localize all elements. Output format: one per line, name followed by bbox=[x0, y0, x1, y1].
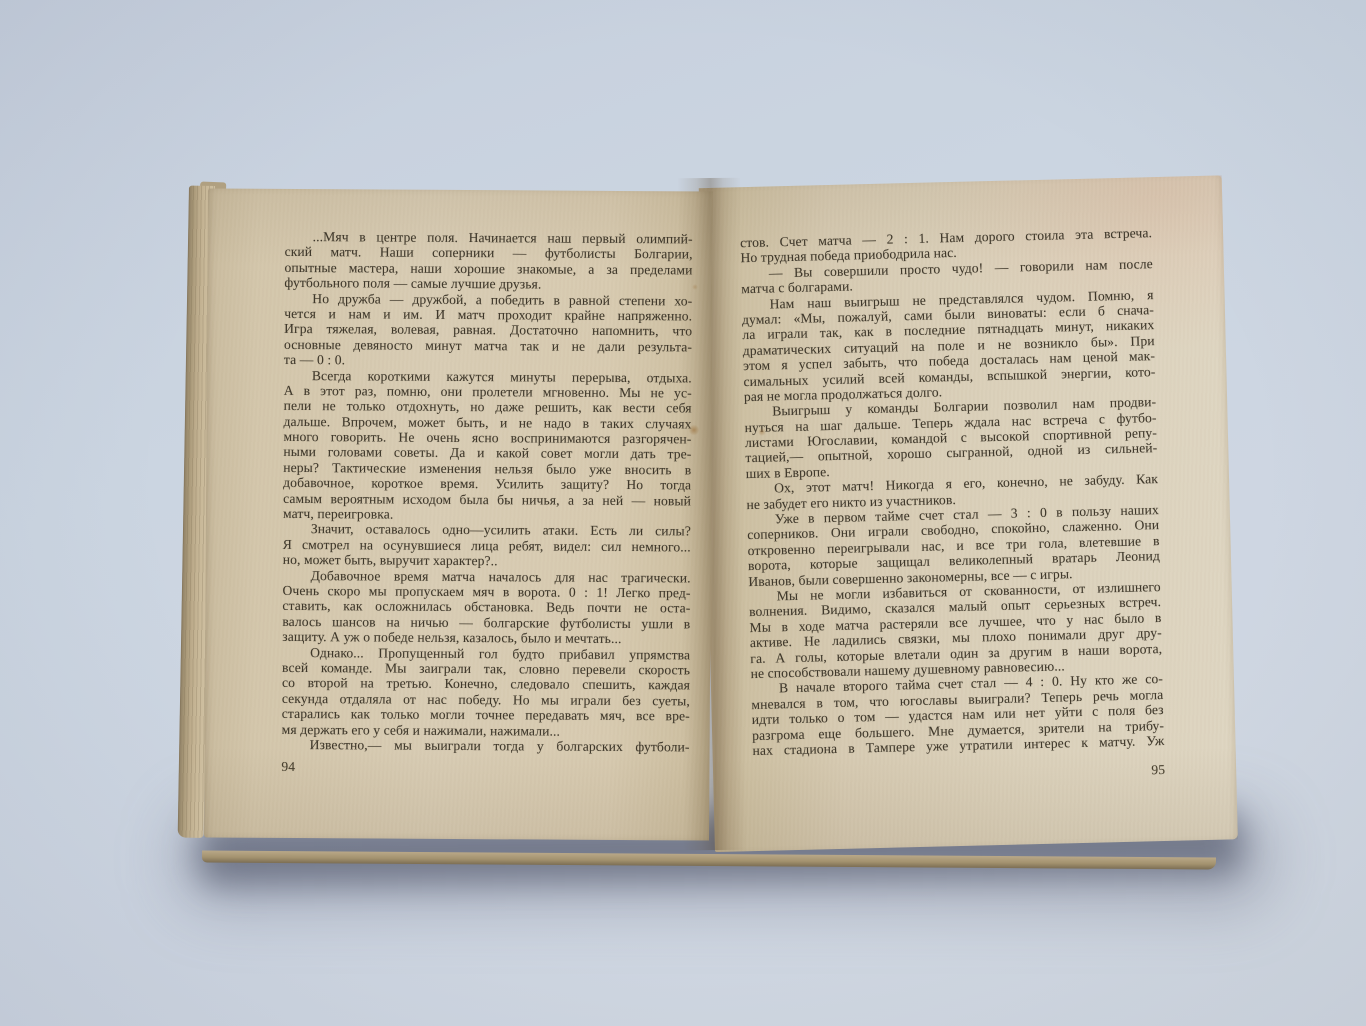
left-page: ...Мяч в центре поля. Начинается наш пер… bbox=[204, 188, 713, 840]
text-line: та — 0 : 0. bbox=[284, 352, 692, 370]
left-page-text: ...Мяч в центре поля. Начинается наш пер… bbox=[281, 229, 692, 777]
right-page-text: стов. Счет матча — 2 : 1. Нам дорого сто… bbox=[740, 225, 1165, 788]
text-line: защиту. А уж о победе нельзя, казалось, … bbox=[282, 629, 690, 647]
open-book: ...Мяч в центре поля. Начинается наш пер… bbox=[192, 166, 1238, 860]
right-page: стов. Счет матча — 2 : 1. Нам дорого сто… bbox=[699, 175, 1238, 852]
text-line: Известно,— мы выиграли тогда у болгарски… bbox=[282, 737, 690, 755]
right-page-lines: стов. Счет матча — 2 : 1. Нам дорого сто… bbox=[740, 225, 1165, 758]
left-page-lines: ...Мяч в центре поля. Начинается наш пер… bbox=[282, 229, 693, 755]
photo-background: ...Мяч в центре поля. Начинается наш пер… bbox=[0, 0, 1366, 1026]
text-line: старались как только могли точнее переда… bbox=[282, 706, 690, 724]
page-number-left: 94 bbox=[281, 759, 689, 777]
page-number-right: 95 bbox=[753, 762, 1165, 787]
